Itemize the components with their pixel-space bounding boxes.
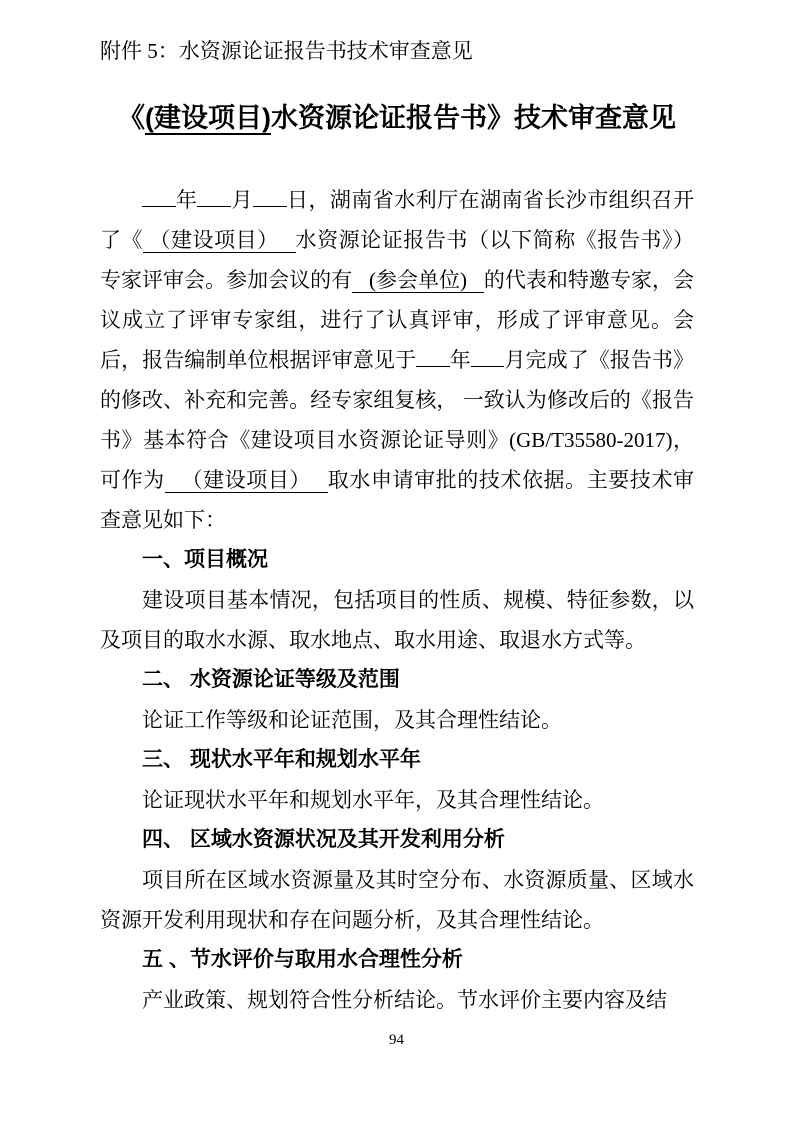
fill-in-blank	[253, 187, 287, 207]
text-segment: 年	[450, 348, 471, 372]
underlined-fill-in: （建设项目）	[165, 468, 328, 493]
paragraph: 年月日，湖南省水利厅在湖南省长沙市组织召开了《（建设项目）水资源论证报告书（以下…	[100, 180, 694, 540]
text-segment: 年	[176, 188, 198, 212]
title-prefix: 《	[118, 103, 145, 133]
section-heading: 五 、节水评价与取用水合理性分析	[100, 940, 694, 980]
document-content: 附件 5：水资源论证报告书技术审查意见 《(建设项目)水资源论证报告书》技术审查…	[100, 0, 694, 1020]
page-number: 94	[0, 1030, 793, 1050]
document-page: 附件 5：水资源论证报告书技术审查意见 《(建设项目)水资源论证报告书》技术审查…	[0, 0, 793, 1122]
text-segment: 产业政策、规划符合性分析结论。节水评价主要内容及结	[142, 988, 667, 1012]
document-body: 年月日，湖南省水利厅在湖南省长沙市组织召开了《（建设项目）水资源论证报告书（以下…	[100, 180, 694, 1020]
paragraph: 论证现状水平年和规划水平年，及其合理性结论。	[100, 780, 694, 820]
fill-in-blank	[471, 347, 505, 367]
attachment-header: 附件 5：水资源论证报告书技术审查意见	[100, 0, 694, 66]
underlined-fill-in: （建设项目）	[143, 228, 295, 253]
paragraph: 产业政策、规划符合性分析结论。节水评价主要内容及结	[100, 980, 694, 1020]
title-underlined-project-placeholder: (建设项目)	[145, 103, 271, 135]
text-segment: 月	[231, 188, 253, 212]
paragraph: 建设项目基本情况，包括项目的性质、规模、特征参数，以及项目的取水水源、取水地点、…	[100, 580, 694, 660]
fill-in-blank	[142, 187, 176, 207]
section-heading: 三、 现状水平年和规划水平年	[100, 740, 694, 780]
section-heading: 二、 水资源论证等级及范围	[100, 660, 694, 700]
fill-in-blank	[197, 187, 231, 207]
underlined-fill-in: (参会单位)	[352, 268, 484, 293]
paragraph: 论证工作等级和论证范围，及其合理性结论。	[100, 700, 694, 740]
fill-in-blank	[416, 347, 450, 367]
title-suffix: 水资源论证报告书》技术审查意见	[271, 103, 676, 133]
text-segment: 论证现状水平年和规划水平年，及其合理性结论。	[142, 788, 604, 812]
section-heading: 一、项目概况	[100, 540, 694, 580]
text-segment: 项目所在区域水资源量及其时空分布、水资源质量、区域水资源开发利用现状和存在问题分…	[100, 868, 694, 932]
paragraph: 项目所在区域水资源量及其时空分布、水资源质量、区域水资源开发利用现状和存在问题分…	[100, 860, 694, 940]
text-segment: 建设项目基本情况，包括项目的性质、规模、特征参数，以及项目的取水水源、取水地点、…	[100, 588, 694, 652]
text-segment: 论证工作等级和论证范围，及其合理性结论。	[142, 708, 562, 732]
section-heading: 四、 区域水资源状况及其开发利用分析	[100, 820, 694, 860]
document-title: 《(建设项目)水资源论证报告书》技术审查意见	[100, 98, 694, 138]
